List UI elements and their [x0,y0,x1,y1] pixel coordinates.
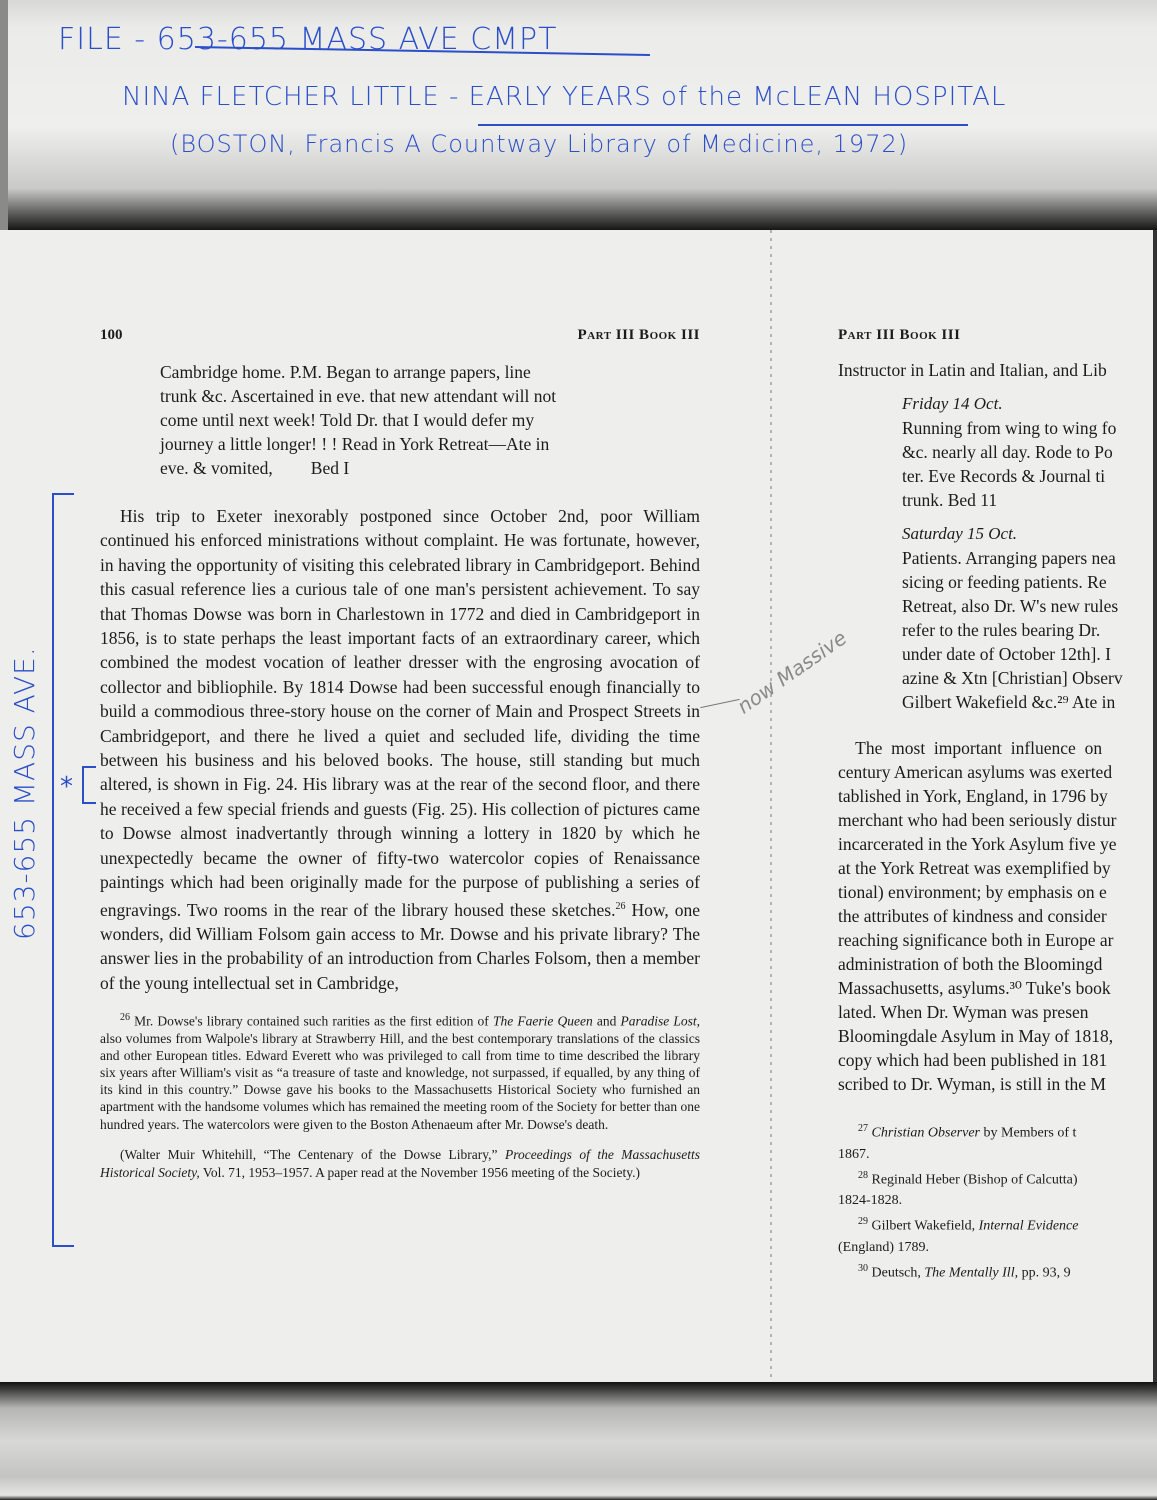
footnote-text: pp. 93, 9 [1018,1266,1071,1281]
scan-left-edge [0,0,8,230]
scan-bottom-shadow [0,1382,1157,1500]
footnote-number: 28 [858,1170,868,1181]
right-footnotes: 27 Christian Observer by Members of t 18… [838,1118,1157,1284]
entry-line: &c. nearly all day. Rode to Po [902,440,1157,464]
citation-text: Vol. 71, 1953–1957. A paper read at the … [203,1165,640,1180]
diary-line: eve. & vomited,Bed I [160,456,700,480]
footnote-italic: The Mentally Ill, [924,1266,1018,1281]
footnote-ref: 26 [615,901,625,912]
footnote-number: 26 [120,1012,130,1023]
entry-date: Saturday 15 Oct. [902,522,1157,546]
footnote-italic: Christian Observer [872,1126,981,1141]
right-first-line: Instructor in Latin and Italian, and Lib [838,358,1157,382]
diary-line: Cambridge home. P.M. Began to arrange pa… [160,360,700,384]
footnote-italic: The Faerie Queen [493,1013,593,1028]
entry-line: sicing or feeding patients. Re [902,570,1157,594]
para-line: tional) environment; by emphasis on e [838,880,1157,904]
para-line: reaching significance both in Europe ar [838,928,1157,952]
margin-bracket-small [82,766,96,804]
para-line: the attributes of kindness and consider [838,904,1157,928]
body-text: His trip to Exeter inexorably postponed … [100,506,700,919]
footnote-26: 26 Mr. Dowse's library contained such ra… [100,1009,700,1133]
para-line: tablished in York, England, in 1796 by [838,784,1157,808]
footnote-text: Mr. Dowse's library contained such rarit… [134,1013,489,1028]
entry-line: ter. Eve Records & Journal ti [902,464,1157,488]
asterisk-mark: * [60,772,73,802]
footnote-29-cont: (England) 1789. [838,1237,1157,1258]
spacer [838,714,1157,736]
footnote-italic: Paradise Lost, [621,1013,701,1028]
diary-line: come until next week! Told Dr. that I wo… [160,408,700,432]
para-line: copy which had been published in 181 [838,1048,1157,1072]
footnote-text: and [597,1013,617,1028]
entry-line: Patients. Arranging papers nea [902,546,1157,570]
para-line: century American asylums was exerted [838,760,1157,784]
handwritten-author-title: NINA FLETCHER LITTLE - EARLY YEARS of th… [122,82,1006,112]
diary-entry-friday: Friday 14 Oct. Running from wing to wing… [902,392,1157,512]
diary-line: journey a little longer! ! ! Read in Yor… [160,432,700,456]
diary-bed: Bed I [273,458,349,478]
right-body-paragraph: The most important influence on century … [838,736,1157,1096]
footnote-27-cont: 1867. [838,1144,1157,1165]
spacer [838,1096,1157,1118]
diary-text: eve. & vomited, [160,458,273,478]
footnote-30: 30 Deutsch, The Mentally Ill, pp. 93, 9 [838,1258,1157,1284]
footnote-number: 27 [858,1123,868,1134]
entry-date: Friday 14 Oct. [902,392,1157,416]
para-line: The most important influence on [838,736,1157,760]
page-number: 100 [100,327,123,344]
footnote-number: 29 [858,1216,868,1227]
citation-text: (Walter Muir Whitehill, “The Centenary o… [120,1147,498,1162]
para-line: merchant who had been seriously distur [838,808,1157,832]
entry-line: Running from wing to wing fo [902,416,1157,440]
left-page: 100 Part III Book III Cambridge home. P.… [100,327,700,1194]
footnote-text: Gilbert Wakefield, [872,1219,979,1234]
diary-entry: Cambridge home. P.M. Began to arrange pa… [160,360,700,480]
entry-line: Gilbert Wakefield &c.²⁹ Ate in [902,690,1157,714]
entry-line: under date of October 12th]. I [902,642,1157,666]
footnote-italic: Internal Evidence [979,1219,1079,1234]
handwritten-title-underline [478,124,968,126]
para-line: incarcerated in the York Asylum five ye [838,832,1157,856]
footnote-28-cont: 1824-1828. [838,1190,1157,1211]
para-line: scribed to Dr. Wyman, is still in the M [838,1072,1157,1096]
footnote-text: Reginald Heber (Bishop of Calcutta) [872,1172,1078,1187]
footnote-number: 30 [858,1263,868,1274]
entry-line: refer to the rules bearing Dr. [902,618,1157,642]
pencil-margin-note: now Massive [733,626,851,719]
para-line: lated. When Dr. Wyman was presen [838,1000,1157,1024]
book-gutter [770,230,772,1382]
footnote-29: 29 Gilbert Wakefield, Internal Evidence [838,1211,1157,1237]
footnote-citation: (Walter Muir Whitehill, “The Centenary o… [100,1146,700,1180]
handwritten-publication: (BOSTON, Francis A Countway Library of M… [170,130,908,158]
footnote-text: also volumes from Walpole's library at S… [100,1031,700,1132]
para-line: at the York Retreat was exemplified by [838,856,1157,880]
entry-line: azine & Xtn [Christian] Observ [902,666,1157,690]
right-running-head: Part III Book III [838,327,1157,344]
footnote-text: Deutsch, [872,1266,925,1281]
diary-entry-saturday: Saturday 15 Oct. Patients. Arranging pap… [902,522,1157,714]
entry-line: trunk. Bed 11 [902,488,1157,512]
margin-bracket [52,493,74,1247]
section-header: Part III Book III [578,327,700,344]
para-line: Massachusetts, asylums.³⁰ Tuke's book [838,976,1157,1000]
footnote-text: by Members of t [980,1126,1076,1141]
handwritten-margin-note: 653-655 MASS AVE. [8,646,41,940]
body-paragraph: His trip to Exeter inexorably postponed … [100,504,700,995]
right-page: Part III Book III Instructor in Latin an… [838,327,1157,1284]
para-line: Bloomingdale Asylum in May of 1818, [838,1024,1157,1048]
diary-line: trunk &c. Ascertained in eve. that new a… [160,384,700,408]
entry-line: Retreat, also Dr. W's new rules [902,594,1157,618]
footnote-27: 27 Christian Observer by Members of t [838,1118,1157,1144]
left-running-head: 100 Part III Book III [100,327,700,344]
para-line: administration of both the Bloomingd [838,952,1157,976]
footnote-28: 28 Reginald Heber (Bishop of Calcutta) [838,1165,1157,1191]
